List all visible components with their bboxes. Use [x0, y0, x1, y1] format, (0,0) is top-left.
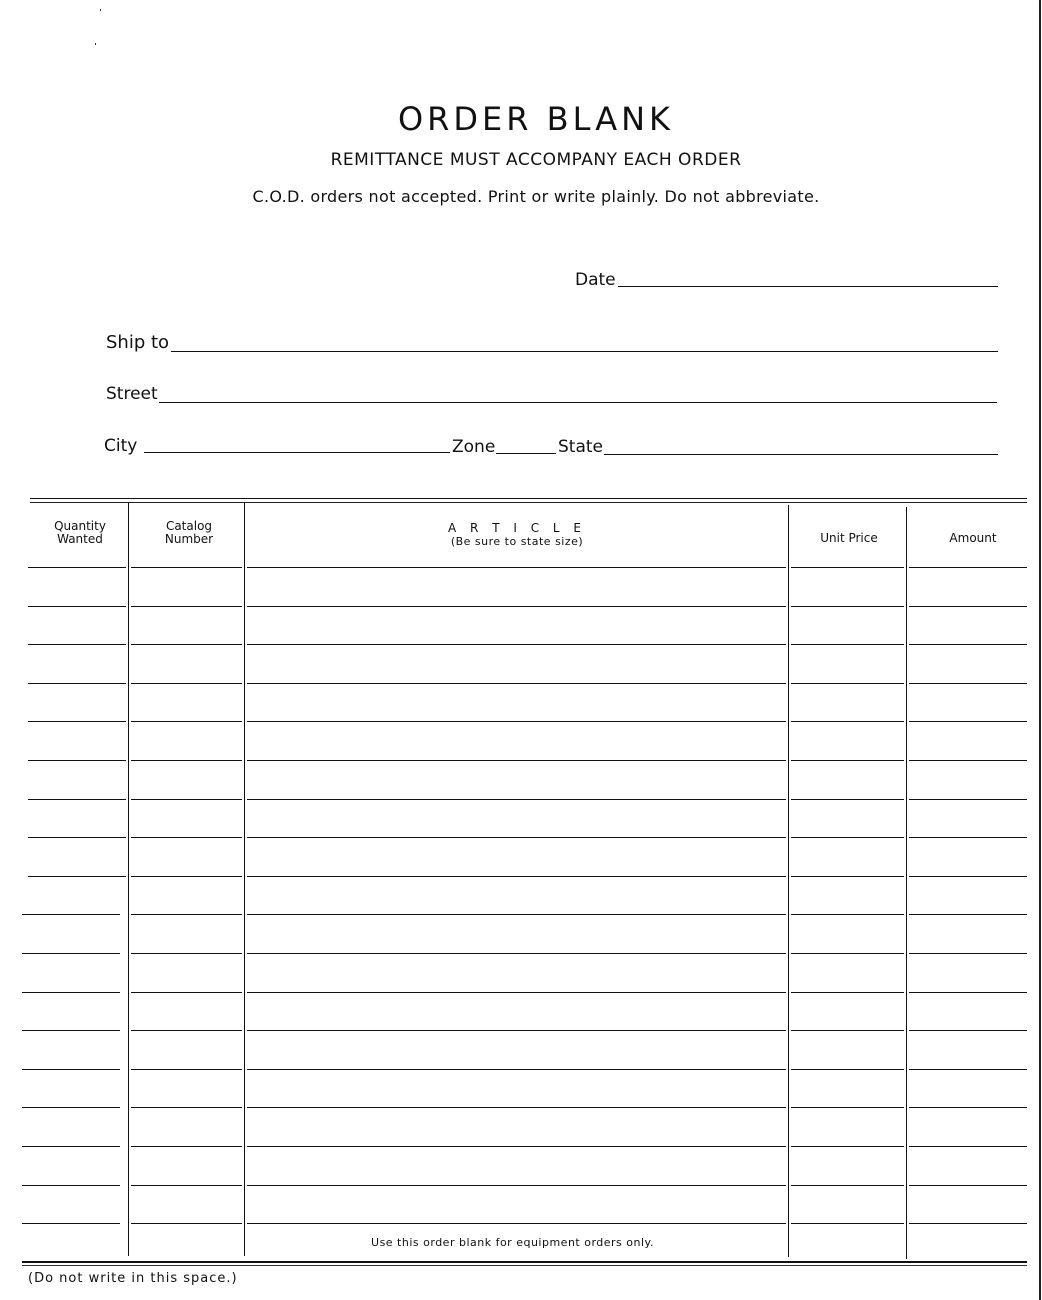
order-cell-article[interactable] [247, 916, 786, 951]
row-rule-line [791, 567, 904, 568]
row-rule-line [131, 683, 242, 684]
row-rule-line [791, 1107, 904, 1108]
order-cell-unit_price[interactable] [791, 916, 904, 951]
row-rule-line [247, 1185, 786, 1186]
order-cell-unit_price[interactable] [791, 762, 904, 797]
row-rule-line [247, 1107, 786, 1108]
order-cell-quantity[interactable] [28, 685, 126, 720]
order-cell-catalog[interactable] [131, 801, 242, 836]
row-rule-line [909, 914, 1027, 915]
row-rule-line [909, 876, 1027, 877]
order-cell-unit_price[interactable] [791, 1148, 904, 1183]
header-text: A R T I C L E [246, 522, 788, 535]
form-title: ORDER BLANK [0, 100, 1042, 138]
row-rule-line [909, 1146, 1027, 1147]
order-cell-article[interactable] [247, 1071, 786, 1106]
order-cell-catalog[interactable] [131, 569, 242, 604]
order-cell-quantity[interactable] [28, 955, 126, 990]
order-cell-article[interactable] [247, 994, 786, 1029]
row-rule-line [909, 683, 1027, 684]
order-cell-unit_price[interactable] [791, 878, 904, 913]
header-text: Number [130, 533, 248, 546]
order-cell-article[interactable] [247, 608, 786, 643]
row-rule-line [909, 567, 1027, 568]
row-rule-line [131, 1107, 242, 1108]
header-text: Unit Price [790, 532, 908, 545]
order-cell-amount[interactable] [909, 646, 1027, 681]
order-cell-catalog[interactable] [131, 608, 242, 643]
row-rule-line [791, 606, 904, 607]
order-cell-unit_price[interactable] [791, 723, 904, 758]
row-rule-line [247, 876, 786, 877]
order-cell-quantity[interactable] [28, 762, 126, 797]
order-cell-article[interactable] [247, 839, 786, 874]
order-cell-quantity[interactable] [28, 569, 126, 604]
scan-speck [95, 43, 96, 45]
order-cell-catalog[interactable] [131, 723, 242, 758]
row-rule-line [909, 953, 1027, 954]
zone-field[interactable] [496, 453, 556, 454]
row-rule-line [791, 1223, 904, 1224]
city-field[interactable] [144, 452, 450, 453]
row-rule-line [28, 760, 126, 761]
order-cell-catalog[interactable] [131, 955, 242, 990]
row-rule-line [247, 837, 786, 838]
order-cell-amount[interactable] [909, 878, 1027, 913]
order-cell-article[interactable] [247, 1148, 786, 1183]
column-divider [788, 505, 789, 1257]
order-cell-catalog[interactable] [131, 1187, 242, 1222]
order-cell-quantity[interactable] [28, 916, 126, 951]
state-label: State [558, 437, 603, 457]
row-rule-line [131, 760, 242, 761]
order-cell-amount[interactable] [909, 801, 1027, 836]
order-cell-article[interactable] [247, 723, 786, 758]
row-rule-line [247, 721, 786, 722]
column-divider [128, 503, 129, 1256]
order-cell-catalog[interactable] [131, 916, 242, 951]
table-bottom-border [22, 1261, 1027, 1263]
table-top-border [30, 498, 1027, 499]
row-rule-line [791, 1069, 904, 1070]
form-instructions: C.O.D. orders not accepted. Print or wri… [0, 187, 1042, 206]
order-cell-catalog[interactable] [131, 685, 242, 720]
row-rule-line [22, 1185, 120, 1186]
row-rule-line [791, 760, 904, 761]
order-cell-catalog[interactable] [131, 839, 242, 874]
order-cell-amount[interactable] [909, 608, 1027, 643]
order-cell-quantity[interactable] [28, 1187, 126, 1222]
order-cell-article[interactable] [247, 685, 786, 720]
row-rule-line [909, 1107, 1027, 1108]
order-cell-catalog[interactable] [131, 878, 242, 913]
order-cell-unit_price[interactable] [791, 1109, 904, 1144]
row-rule-line [131, 567, 242, 568]
row-rule-line [131, 914, 242, 915]
order-cell-catalog[interactable] [131, 1109, 242, 1144]
order-cell-catalog[interactable] [131, 994, 242, 1029]
order-cell-amount[interactable] [909, 1109, 1027, 1144]
column-divider [244, 503, 245, 1256]
row-rule-line [22, 1146, 120, 1147]
row-rule-line [791, 876, 904, 877]
ship-to-field[interactable] [171, 351, 998, 352]
state-field[interactable] [604, 454, 998, 455]
order-cell-unit_price[interactable] [791, 955, 904, 990]
order-cell-quantity[interactable] [28, 1032, 126, 1067]
row-rule-line [22, 953, 120, 954]
row-rule-line [909, 1030, 1027, 1031]
order-cell-amount[interactable] [909, 839, 1027, 874]
row-rule-line [909, 1185, 1027, 1186]
row-rule-line [909, 721, 1027, 722]
order-cell-quantity[interactable] [28, 994, 126, 1029]
row-rule-line [247, 1146, 786, 1147]
order-cell-article[interactable] [247, 569, 786, 604]
row-rule-line [28, 876, 126, 877]
row-rule-line [22, 1030, 120, 1031]
row-rule-line [22, 1107, 120, 1108]
row-rule-line [131, 1185, 242, 1186]
order-cell-amount[interactable] [909, 723, 1027, 758]
row-rule-line [247, 606, 786, 607]
row-rule-line [22, 1223, 120, 1224]
row-rule-line [131, 799, 242, 800]
row-rule-line [791, 1185, 904, 1186]
row-rule-line [131, 837, 242, 838]
order-cell-amount[interactable] [909, 1148, 1027, 1183]
order-cell-unit_price[interactable] [791, 801, 904, 836]
row-rule-line [22, 1069, 120, 1070]
order-cell-amount[interactable] [909, 955, 1027, 990]
order-cell-quantity[interactable] [28, 1109, 126, 1144]
row-rule-line [909, 760, 1027, 761]
row-rule-line [791, 914, 904, 915]
order-cell-catalog[interactable] [131, 1071, 242, 1106]
street-field[interactable] [159, 402, 997, 403]
order-cell-catalog[interactable] [131, 1032, 242, 1067]
order-cell-unit_price[interactable] [791, 569, 904, 604]
row-rule-line [131, 721, 242, 722]
row-rule-line [791, 799, 904, 800]
order-cell-article[interactable] [247, 1187, 786, 1222]
row-rule-line [247, 1223, 786, 1224]
row-rule-line [131, 1030, 242, 1031]
row-rule-line [131, 1146, 242, 1147]
row-rule-line [791, 992, 904, 993]
date-field[interactable] [618, 286, 998, 287]
order-cell-quantity[interactable] [28, 1071, 126, 1106]
order-cell-catalog[interactable] [131, 1148, 242, 1183]
order-cell-amount[interactable] [909, 1187, 1027, 1222]
row-rule-line [791, 721, 904, 722]
order-cell-article[interactable] [247, 646, 786, 681]
order-cell-article[interactable] [247, 878, 786, 913]
row-rule-line [131, 992, 242, 993]
order-cell-amount[interactable] [909, 1032, 1027, 1067]
row-rule-line [909, 1069, 1027, 1070]
order-cell-amount[interactable] [909, 762, 1027, 797]
row-rule-line [791, 953, 904, 954]
row-rule-line [22, 992, 120, 993]
column-header-quantity: Quantity Wanted [30, 520, 130, 546]
row-rule-line [28, 721, 126, 722]
order-cell-unit_price[interactable] [791, 608, 904, 643]
row-rule-line [247, 1069, 786, 1070]
ship-to-label: Ship to [106, 333, 169, 353]
column-divider [906, 507, 907, 1259]
order-cell-unit_price[interactable] [791, 839, 904, 874]
row-rule-line [909, 799, 1027, 800]
row-rule-line [247, 683, 786, 684]
row-rule-line [28, 683, 126, 684]
order-cell-unit_price[interactable] [791, 646, 904, 681]
order-cell-unit_price[interactable] [791, 685, 904, 720]
column-header-catalog: Catalog Number [130, 520, 248, 546]
row-rule-line [247, 644, 786, 645]
row-rule-line [28, 567, 126, 568]
row-rule-line [247, 760, 786, 761]
order-cell-catalog[interactable] [131, 762, 242, 797]
order-cell-quantity[interactable] [28, 1148, 126, 1183]
header-text: (Be sure to state size) [246, 535, 788, 548]
row-rule-line [131, 953, 242, 954]
do-not-write-note: (Do not write in this space.) [28, 1271, 238, 1286]
row-rule-line [247, 799, 786, 800]
order-cell-article[interactable] [247, 955, 786, 990]
row-rule-line [131, 1069, 242, 1070]
table-top-border-inner [30, 502, 1027, 503]
row-rule-line [791, 1146, 904, 1147]
row-rule-line [909, 1223, 1027, 1224]
order-cell-catalog[interactable] [131, 646, 242, 681]
row-rule-line [28, 799, 126, 800]
row-rule-line [247, 1030, 786, 1031]
row-rule-line [909, 606, 1027, 607]
row-rule-line [247, 992, 786, 993]
form-subtitle: REMITTANCE MUST ACCOMPANY EACH ORDER [0, 150, 1042, 170]
order-cell-unit_price[interactable] [791, 1187, 904, 1222]
order-cell-quantity[interactable] [28, 839, 126, 874]
row-rule-line [791, 1030, 904, 1031]
order-cell-article[interactable] [247, 1109, 786, 1144]
order-cell-unit_price[interactable] [791, 1071, 904, 1106]
table-footer-note: Use this order blank for equipment order… [240, 1236, 785, 1249]
row-rule-line [22, 914, 120, 915]
row-rule-line [247, 567, 786, 568]
row-rule-line [247, 914, 786, 915]
order-cell-quantity[interactable] [28, 608, 126, 643]
row-rule-line [247, 953, 786, 954]
city-label: City [104, 436, 137, 456]
order-cell-amount[interactable] [909, 685, 1027, 720]
header-text: Amount [908, 532, 1038, 545]
order-cell-amount[interactable] [909, 1071, 1027, 1106]
row-rule-line [909, 992, 1027, 993]
order-cell-unit_price[interactable] [791, 994, 904, 1029]
column-header-amount: Amount [908, 532, 1038, 545]
row-rule-line [791, 837, 904, 838]
order-cell-article[interactable] [247, 762, 786, 797]
row-rule-line [131, 644, 242, 645]
row-rule-line [791, 683, 904, 684]
row-rule-line [909, 644, 1027, 645]
order-cell-quantity[interactable] [28, 646, 126, 681]
row-rule-line [131, 1223, 242, 1224]
order-cell-quantity[interactable] [28, 801, 126, 836]
street-label: Street [106, 384, 158, 404]
row-rule-line [28, 837, 126, 838]
order-cell-amount[interactable] [909, 994, 1027, 1029]
row-rule-line [131, 606, 242, 607]
column-header-unit-price: Unit Price [790, 532, 908, 545]
date-label: Date [575, 270, 616, 290]
order-cell-quantity[interactable] [28, 878, 126, 913]
order-cell-article[interactable] [247, 1032, 786, 1067]
row-rule-line [791, 644, 904, 645]
order-cell-article[interactable] [247, 801, 786, 836]
table-bottom-border-inner [22, 1265, 1027, 1266]
scan-speck [100, 9, 101, 11]
order-cell-unit_price[interactable] [791, 1032, 904, 1067]
order-cell-amount[interactable] [909, 916, 1027, 951]
zone-label: Zone [452, 437, 495, 457]
header-text: Wanted [30, 533, 130, 546]
row-rule-line [28, 644, 126, 645]
row-rule-line [909, 837, 1027, 838]
column-header-article: A R T I C L E (Be sure to state size) [246, 522, 788, 548]
order-cell-amount[interactable] [909, 569, 1027, 604]
row-rule-line [131, 876, 242, 877]
order-cell-quantity[interactable] [28, 723, 126, 758]
row-rule-line [28, 606, 126, 607]
